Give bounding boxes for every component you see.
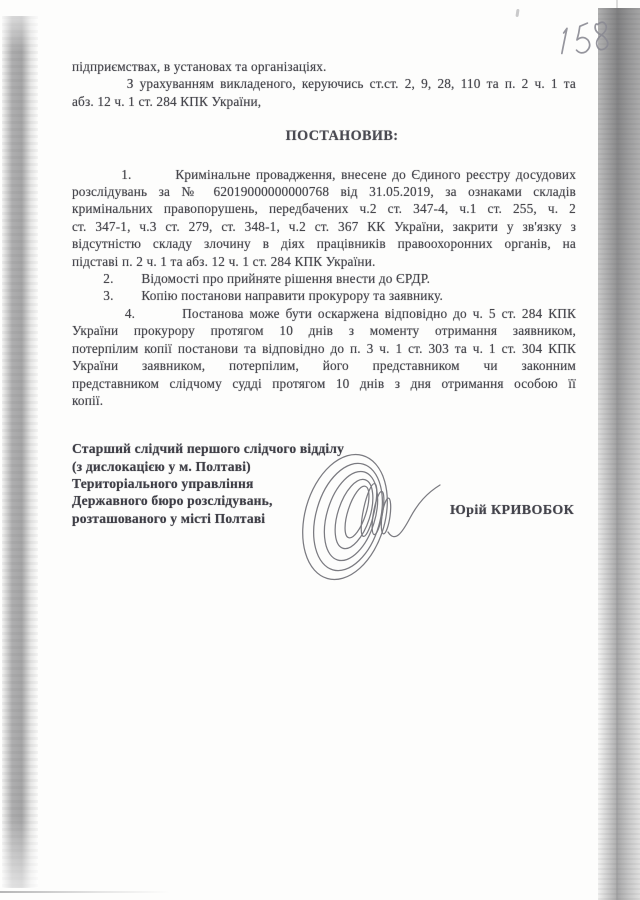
intro-continuation-line: підприємствах, в установах та організаці… bbox=[72, 58, 576, 75]
scanned-document-page: { "document": { "page_number": "158", "i… bbox=[0, 0, 640, 900]
scan-line-right-edge bbox=[616, 0, 618, 900]
resolution-item-4: 4. Постанова може бути оскаржена відпові… bbox=[72, 305, 576, 409]
resolution-item-1: 1. Кримінальне провадження, внесене до Є… bbox=[72, 166, 576, 270]
scan-smudge bbox=[515, 9, 519, 17]
resolution-item-2: 2. Відомості про прийняте рішення внести… bbox=[72, 270, 576, 287]
signatory-name: Юрій КРИВОБОК bbox=[450, 503, 574, 519]
intro-paragraph: З урахуванням викладеного, керуючись ст.… bbox=[72, 75, 576, 110]
signature-ink bbox=[298, 439, 444, 583]
scan-line-bottom-edge bbox=[0, 891, 170, 893]
scan-shadow-right-edge bbox=[598, 8, 640, 900]
resolution-heading: ПОСТАНОВИВ: bbox=[90, 128, 594, 145]
handwritten-page-number bbox=[552, 17, 614, 63]
resolution-item-3: 3. Копію постанови направити прокурору т… bbox=[72, 287, 576, 304]
scan-shadow-left-edge bbox=[2, 16, 38, 888]
